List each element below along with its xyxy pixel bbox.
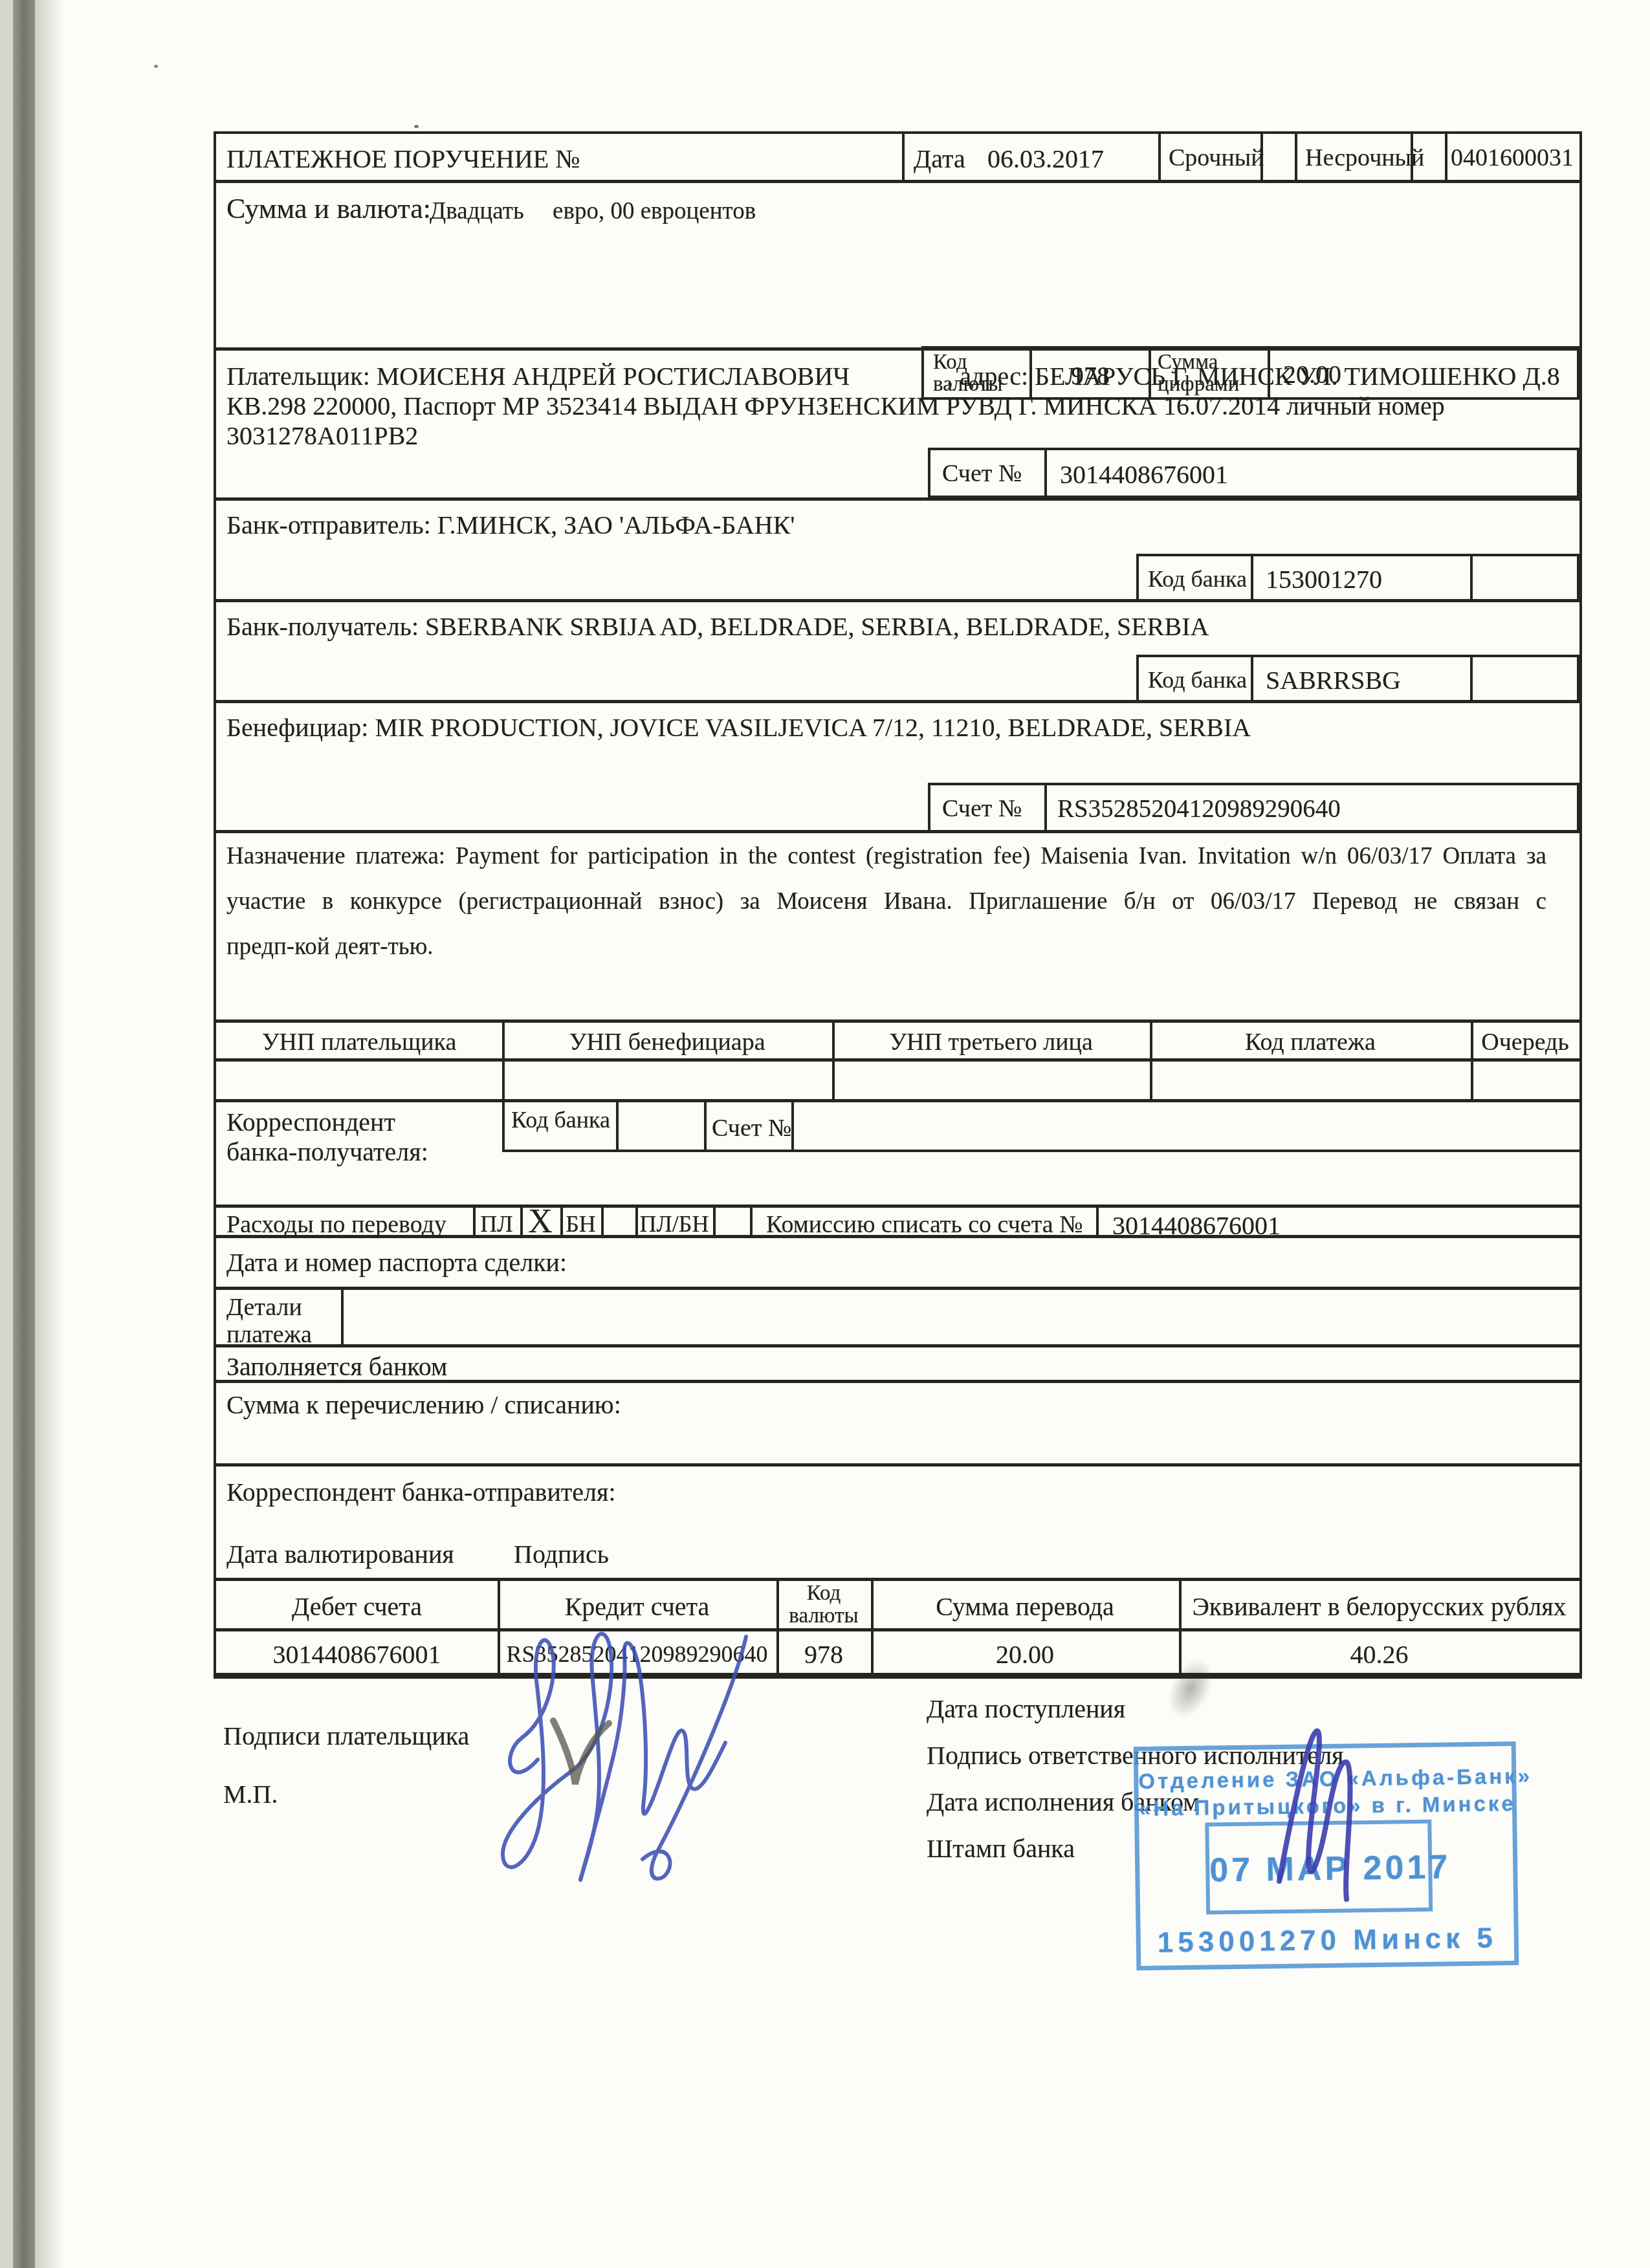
signature-label: Подпись (514, 1539, 609, 1569)
receipt-date-label: Дата поступления (927, 1694, 1125, 1724)
details-label: Деталиплатежа (226, 1294, 312, 1348)
beneficiary-account-label: Счет № (942, 794, 1022, 823)
amount-section: Сумма и валюта: Двадцать евро, 00 евроце… (216, 183, 1579, 351)
beneficiary-account-box: Счет № RS35285204120989290640 (928, 783, 1579, 833)
divider (1150, 1062, 1152, 1099)
payer-account-label: Счет № (942, 459, 1022, 488)
amount-words-2: евро, 00 евроцентов (553, 197, 756, 225)
details-row: Деталиплатежа (216, 1290, 1579, 1347)
stamp-bottom-line: 153001270 Минск 5 (1141, 1922, 1515, 1959)
scan-edge-band (0, 0, 13, 2268)
debit-header: Дебет счета (216, 1591, 498, 1622)
divider (1251, 556, 1253, 600)
divider (1158, 134, 1161, 180)
expenses-bn-label: БН (560, 1210, 601, 1238)
bank-stamp-label: Штамп банка (927, 1833, 1075, 1864)
divider (1470, 556, 1473, 600)
divider (750, 1208, 753, 1235)
divider (1096, 1208, 1099, 1235)
purpose-line3: предп-кой деят-тью. (226, 933, 434, 961)
unp-payer-header: УНП плательщика (216, 1028, 502, 1056)
payer-text-line1: Плательщик: МОИСЕНЯ АНДРЕЙ РОСТИСЛАВОВИЧ… (226, 361, 1560, 391)
divider (1251, 657, 1253, 701)
payment-order-form: ПЛАТЕЖНОЕ ПОРУЧЕНИЕ № Дата 06.03.2017 Ср… (214, 131, 1582, 1679)
divider (601, 1208, 604, 1235)
divider (1471, 1062, 1473, 1099)
date-label: Дата (914, 144, 965, 174)
amount-words-1: Двадцать (430, 197, 524, 225)
form-code: 0401600031 (1445, 144, 1579, 172)
sum-header: Сумма перевода (871, 1591, 1179, 1622)
bank-fill-row: Заполняется банком (216, 1347, 1579, 1383)
mp-label: М.П. (223, 1779, 278, 1809)
commission-label: Комиссию списать со счета № (766, 1210, 1083, 1239)
commission-account-value: 3014408676001 (1112, 1210, 1281, 1241)
correspondent-label: Корреспондентбанка-получателя: (226, 1107, 428, 1167)
executor-initial (1265, 1708, 1381, 1908)
passport-row: Дата и номер паспорта сделки: (216, 1238, 1579, 1290)
sender-bank-code-label: Код банка (1148, 565, 1247, 593)
payer-account-box: Счет № 3014408676001 (928, 448, 1579, 498)
divider (1470, 657, 1473, 701)
divider (341, 1290, 344, 1344)
beneficiary-account-value: RS35285204120989290640 (1057, 794, 1341, 823)
queue-header: Очередь (1471, 1028, 1579, 1056)
unp-third-header: УНП третьего лица (832, 1028, 1150, 1056)
scan-edge-band-dark (13, 0, 35, 2268)
receiver-bank-text: Банк-получатель: SBERBANK SRBIJA AD, BEL… (226, 611, 1209, 642)
equivalent-header: Эквивалент в белорусских рублях (1179, 1591, 1579, 1622)
expenses-pl-checkbox-mark: X (520, 1203, 560, 1241)
divider (1044, 450, 1047, 496)
header-row: ПЛАТЕЖНОЕ ПОРУЧЕНИЕ № Дата 06.03.2017 Ср… (216, 134, 1579, 183)
divider (502, 1062, 505, 1099)
divider (791, 1100, 794, 1150)
amount-label: Сумма и валюта: (226, 192, 431, 225)
doc-title: ПЛАТЕЖНОЕ ПОРУЧЕНИЕ № (226, 144, 580, 174)
correspondent-bank-code-label: Код банка (511, 1106, 610, 1133)
currency-header: Кодвалюты (776, 1582, 871, 1628)
debit-value: 3014408676001 (216, 1639, 498, 1670)
scanned-payment-order: ПЛАТЕЖНОЕ ПОРУЧЕНИЕ № Дата 06.03.2017 Ср… (0, 0, 1650, 2268)
receiver-bank-code-box: Код банка SABRRSBG (1136, 655, 1579, 703)
scan-speck (414, 125, 419, 128)
bank-fill-label: Заполняется банком (226, 1351, 447, 1382)
currency-value: 978 (776, 1639, 871, 1670)
divider (704, 1100, 707, 1150)
payer-signature (476, 1598, 780, 1915)
beneficiary-text: Бенефициар: MIR PRODUCTION, JOVICE VASIL… (226, 712, 1251, 743)
divider (1295, 134, 1297, 180)
scan-speck (154, 65, 158, 68)
sender-bank-code-box: Код банка 153001270 (1136, 554, 1579, 602)
sender-bank-section: Банк-отправитель: Г.МИНСК, ЗАО 'АЛЬФА-БА… (216, 501, 1579, 602)
purpose-section: Назначение платежа: Payment for particip… (216, 833, 1579, 1023)
sender-bank-code-value: 153001270 (1266, 564, 1382, 594)
divider (616, 1100, 619, 1150)
purpose-line1: Назначение платежа: Payment for particip… (226, 842, 1546, 870)
payer-section: Плательщик: МОИСЕНЯ АНДРЕЙ РОСТИСЛАВОВИЧ… (216, 351, 1579, 501)
expenses-pl-label: ПЛ (473, 1210, 520, 1238)
urgent-label: Срочный (1169, 144, 1264, 172)
expenses-row: Расходы по переводу ПЛ X БН ПЛ/БН Комисс… (216, 1205, 1579, 1238)
transfer-sum-row: Сумма к перечислению / списанию: (216, 1383, 1579, 1467)
beneficiary-section: Бенефициар: MIR PRODUCTION, JOVICE VASIL… (216, 703, 1579, 833)
payment-code-header: Код платежа (1150, 1028, 1471, 1056)
unp-header-row: УНП плательщика УНП бенефициара УНП трет… (216, 1023, 1579, 1062)
unp-value-row (216, 1062, 1579, 1102)
transfer-sum-label: Сумма к перечислению / списанию: (226, 1390, 621, 1420)
payer-text-line3: 3031278A011PB2 (226, 420, 418, 451)
passport-label: Дата и номер паспорта сделки: (226, 1247, 567, 1278)
correspondent-account-label: Счет № (712, 1114, 791, 1142)
sender-correspondent-label: Корреспондент банка-отправителя: (226, 1477, 616, 1507)
divider (713, 1208, 716, 1235)
correspondent-cells: Код банка Счет № (502, 1100, 1579, 1152)
sender-correspondent-row: Корреспондент банка-отправителя: Дата ва… (216, 1467, 1579, 1581)
unp-beneficiary-header: УНП бенефициара (502, 1028, 832, 1056)
expenses-plbn-label: ПЛ/БН (635, 1210, 713, 1238)
receiver-bank-section: Банк-получатель: SBERBANK SRBIJA AD, BEL… (216, 602, 1579, 703)
divider (902, 134, 905, 180)
correspondent-section: Корреспондентбанка-получателя: Код банка… (216, 1102, 1579, 1205)
amounts-table-value-row: 3014408676001 RS35285204120989290640 978… (216, 1631, 1579, 1676)
receiver-bank-code-label: Код банка (1148, 666, 1247, 693)
payer-signs-label: Подписи плательщика (223, 1721, 469, 1751)
scan-edge-fade (35, 0, 64, 2268)
divider (832, 1062, 835, 1099)
sum-value: 20.00 (871, 1639, 1179, 1670)
purpose-line2: участие в конкурсе (регистрационнай взно… (226, 888, 1546, 915)
non-urgent-label: Несрочный (1305, 144, 1424, 172)
payer-text-line2: КВ.298 220000, Паспорт МР 3523414 ВЫДАН … (226, 391, 1445, 421)
date-value: 06.03.2017 (987, 144, 1104, 174)
sender-bank-text: Банк-отправитель: Г.МИНСК, ЗАО 'АЛЬФА-БА… (226, 510, 795, 540)
amounts-table-header-row: Дебет счета Кредит счета Кодвалюты Сумма… (216, 1581, 1579, 1631)
payer-account-value: 3014408676001 (1060, 459, 1228, 490)
receiver-bank-code-value: SABRRSBG (1266, 665, 1401, 695)
divider (1044, 785, 1047, 831)
equivalent-value: 40.26 (1179, 1639, 1579, 1670)
valuation-date-label: Дата валютирования (226, 1539, 454, 1569)
expenses-label: Расходы по переводу (226, 1210, 446, 1239)
